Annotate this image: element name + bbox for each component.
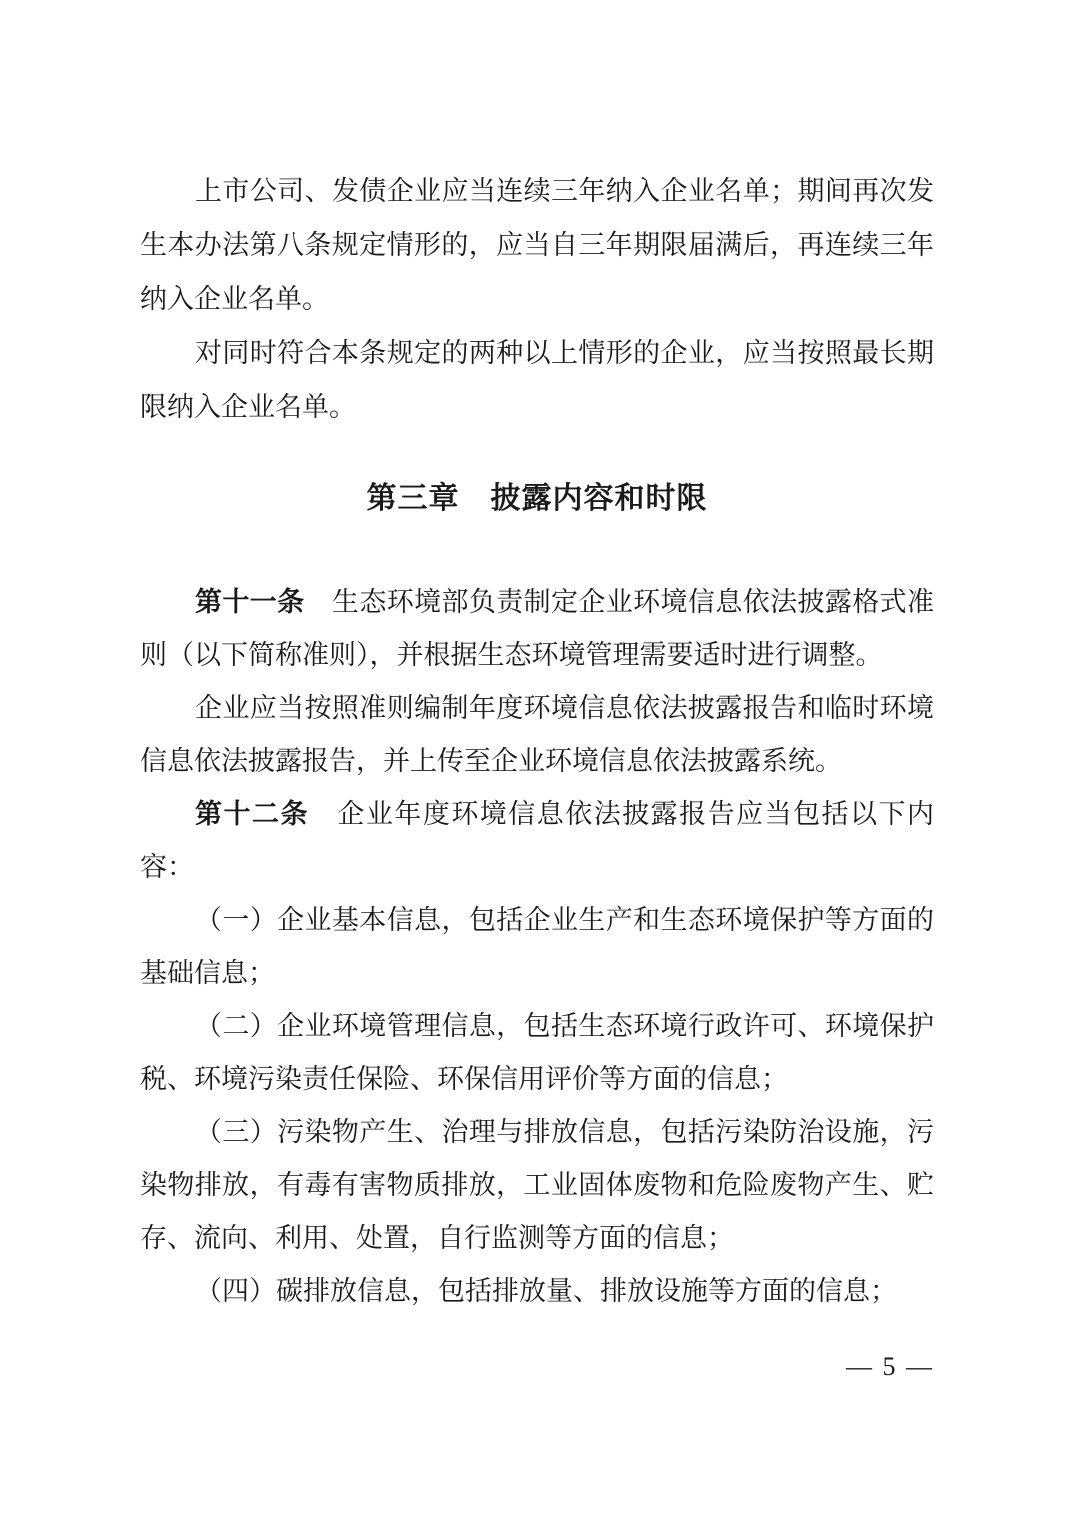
text-line: 信息依法披露报告，并上传至企业环境信息依法披露系统。 xyxy=(140,735,934,788)
text-line: 限纳入企业名单。 xyxy=(140,380,934,434)
text-line: 生本办法第八条规定情形的，应当自三年期限届满后，再连续三年 xyxy=(140,218,934,272)
text-line-item-4: （四）碳排放信息，包括排放量、排放设施等方面的信息； xyxy=(140,1265,934,1318)
paragraphs-body: 第十一条 生态环境部负责制定企业环境信息依法披露格式准 则（以下简称准则），并根… xyxy=(140,576,934,1318)
text-line-article-11: 第十一条 生态环境部负责制定企业环境信息依法披露格式准 xyxy=(140,576,934,629)
article-number: 第十二条 xyxy=(195,799,309,829)
page-number: — 5 — xyxy=(140,1352,934,1382)
text-line: 上市公司、发债企业应当连续三年纳入企业名单；期间再次发 xyxy=(140,164,934,218)
text-line: 容： xyxy=(140,841,934,894)
line-text: 生态环境部负责制定企业环境信息依法披露格式准 xyxy=(305,587,934,617)
chapter-heading: 第三章 披露内容和时限 xyxy=(140,472,934,526)
text-line: 染物排放，有毒有害物质排放，工业固体废物和危险废物产生、贮 xyxy=(140,1159,934,1212)
text-line-item-2: （二）企业环境管理信息，包括生态环境行政许可、环境保护 xyxy=(140,1000,934,1053)
text-line: 对同时符合本条规定的两种以上情形的企业，应当按照最长期 xyxy=(140,326,934,380)
paragraphs-top: 上市公司、发债企业应当连续三年纳入企业名单；期间再次发 生本办法第八条规定情形的… xyxy=(140,164,934,434)
text-line: 纳入企业名单。 xyxy=(140,272,934,326)
text-line: 则（以下简称准则），并根据生态环境管理需要适时进行调整。 xyxy=(140,629,934,682)
text-line-article-12: 第十二条 企业年度环境信息依法披露报告应当包括以下内 xyxy=(140,788,934,841)
line-text: 企业年度环境信息依法披露报告应当包括以下内 xyxy=(309,799,934,829)
document-page: 上市公司、发债企业应当连续三年纳入企业名单；期间再次发 生本办法第八条规定情形的… xyxy=(0,0,1074,1520)
text-line: 存、流向、利用、处置，自行监测等方面的信息； xyxy=(140,1212,934,1265)
text-line: 税、环境污染责任保险、环保信用评价等方面的信息； xyxy=(140,1053,934,1106)
text-line-item-1: （一）企业基本信息，包括企业生产和生态环境保护等方面的 xyxy=(140,894,934,947)
article-number: 第十一条 xyxy=(195,587,305,617)
text-line: 企业应当按照准则编制年度环境信息依法披露报告和临时环境 xyxy=(140,682,934,735)
text-line-item-3: （三）污染物产生、治理与排放信息，包括污染防治设施，污 xyxy=(140,1106,934,1159)
text-line: 基础信息； xyxy=(140,947,934,1000)
